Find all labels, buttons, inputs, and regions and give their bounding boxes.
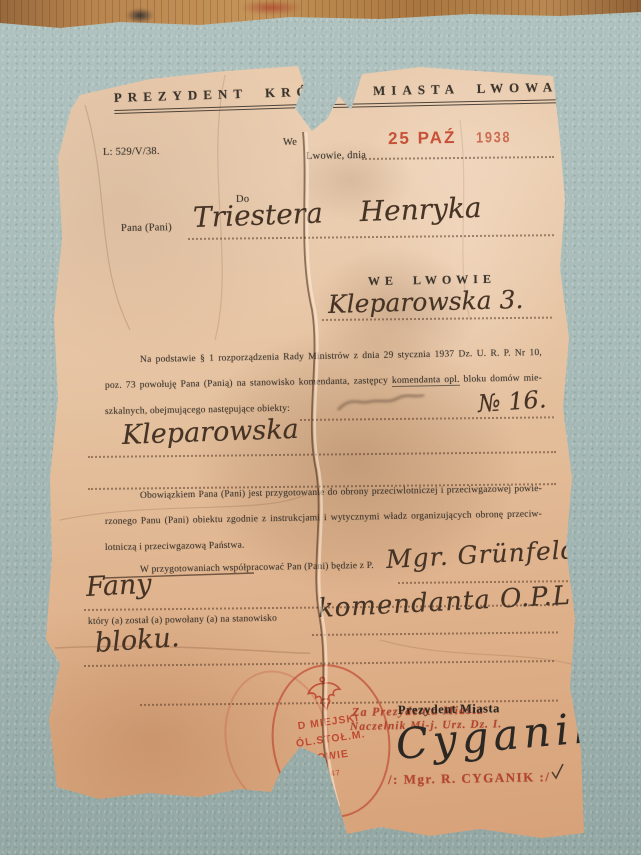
para2-line2: rzonego Panu (Pani) obiektu zgodnie z in…: [105, 509, 542, 527]
place-line: Lwowie, dnia: [306, 150, 366, 162]
para2-line3: lotniczą i przeciwgazową Państwa.: [105, 541, 245, 553]
para1-line1: Na podstawie § 1 rozporządzenia Rady Min…: [140, 348, 542, 365]
photo-scene: PREZYDENT KRÓL Ł. MIASTA LWOWA L: 529/V/…: [0, 0, 641, 855]
ink-blot: [126, 8, 154, 23]
street-dotted-line: [88, 451, 556, 458]
typed-name-red: /: Mgr. R. CYGANIK :/: [388, 769, 551, 788]
reference-number: L: 529/V/38.: [103, 146, 160, 158]
position-dotted-line: [312, 631, 558, 636]
object-number-handwritten: № 16.: [477, 385, 547, 418]
document-content: PREZYDENT KRÓL Ł. MIASTA LWOWA L: 529/V/…: [0, 0, 641, 855]
para1-line2-pre: poz. 73 powołuję Pana (Panią) na stanowi…: [105, 376, 392, 391]
faint-handwriting-smudge: [338, 395, 424, 410]
objects-dotted-line: [300, 416, 554, 421]
collaborator-handwritten: Mgr. Grünfeldem: [385, 533, 619, 574]
document-title-right: Ł. MIASTA LWOWA: [332, 79, 559, 108]
para1-line2: poz. 73 powołuję Pana (Panią) na stanowi…: [105, 373, 542, 391]
red-paint-smudge: [240, 0, 302, 15]
position-handwritten: komendanta O.P.L.: [317, 580, 581, 624]
place-prefix: We: [283, 137, 297, 148]
position2-handwritten: bloku.: [94, 622, 180, 659]
date-stamp-daymonth: 25 PAŹ: [388, 128, 457, 148]
para1-line2-underlined: komendanta opl.: [392, 375, 460, 387]
document-title-left: PREZYDENT KRÓL: [114, 83, 328, 114]
date-stamp: 25 PAŹ 1938: [388, 127, 515, 149]
address-handwritten: Kleparowska 3.: [328, 285, 524, 319]
date-stamp-year: 1938: [476, 129, 511, 147]
stamp-text-4: 47: [329, 764, 342, 782]
salutation-label: Pana (Pani): [121, 222, 172, 234]
check-mark: [552, 764, 563, 778]
para1-line2-post: bloku domów mie-: [460, 373, 542, 384]
position-label: który (a) został (a) powołany (a) na sta…: [88, 614, 277, 627]
name-dotted-line: [188, 234, 554, 240]
para3-line: W przygotowaniach współpracować Pan (Pan…: [140, 561, 374, 575]
object-street-handwritten: Kleparowska: [121, 414, 299, 451]
stamp-eagle-icon: [303, 672, 346, 717]
collaborator2-handwritten: Fany: [85, 569, 152, 603]
wooden-table-edge: [0, 0, 641, 32]
date-dotted-line: [362, 156, 554, 160]
